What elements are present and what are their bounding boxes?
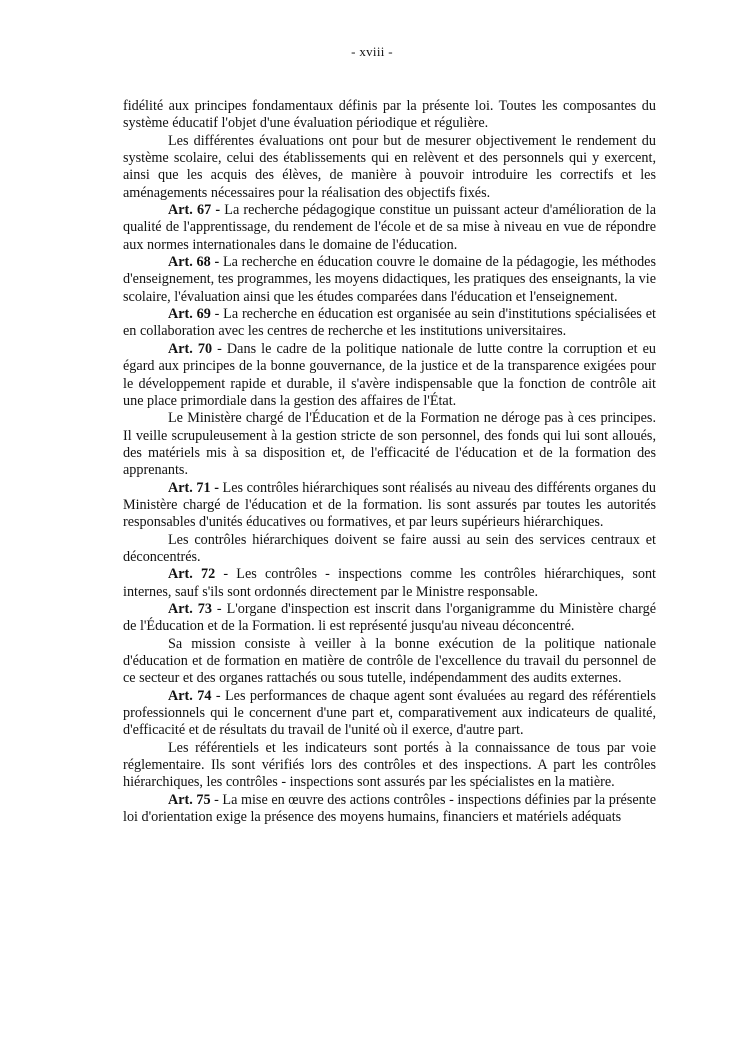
- article-68: Art. 68 - La recherche en éducation couv…: [123, 254, 656, 306]
- article-label: Art. 70: [168, 341, 212, 357]
- paragraph-evaluations: Les différentes évaluations ont pour but…: [123, 133, 656, 202]
- article-73: Art. 73 - L'organe d'inspection est insc…: [123, 601, 656, 636]
- paragraph-controles-hierarchiques: Les contrôles hiérarchiques doivent se f…: [123, 532, 656, 567]
- article-75: Art. 75 - La mise en œuvre des actions c…: [123, 792, 656, 827]
- document-body: fidélité aux principes fondamentaux défi…: [123, 98, 656, 826]
- paragraph-mission: Sa mission consiste à veiller à la bonne…: [123, 636, 656, 688]
- article-label: Art. 71 -: [168, 480, 219, 496]
- article-74: Art. 74 - Les performances de chaque age…: [123, 688, 656, 740]
- article-label: Art. 67 -: [168, 202, 220, 218]
- article-70: Art. 70 - Dans le cadre de la politique …: [123, 341, 656, 410]
- article-label: Art. 68 -: [168, 254, 219, 270]
- article-72: Art. 72 - Les contrôles - inspections co…: [123, 566, 656, 601]
- paragraph-text: Les référentiels et les indicateurs sont…: [123, 740, 656, 791]
- paragraph-text: fidélité aux principes fondamentaux défi…: [123, 98, 656, 131]
- paragraph-continuation: fidélité aux principes fondamentaux défi…: [123, 98, 656, 133]
- article-69: Art. 69 - La recherche en éducation est …: [123, 306, 656, 341]
- paragraph-text: Le Ministère chargé de l'Éducation et de…: [123, 410, 656, 478]
- page-number: - xviii -: [0, 44, 744, 60]
- paragraph-referentiels: Les référentiels et les indicateurs sont…: [123, 740, 656, 792]
- article-label: Art. 73: [168, 601, 212, 617]
- article-label: Art. 75: [168, 792, 211, 808]
- paragraph-text: Les différentes évaluations ont pour but…: [123, 133, 656, 201]
- paragraph-text: Les contrôles hiérarchiques doivent se f…: [123, 532, 656, 565]
- article-label: Art. 74: [168, 688, 211, 704]
- article-label: Art. 72: [168, 566, 215, 582]
- article-label: Art. 69: [168, 306, 211, 322]
- paragraph-ministere: Le Ministère chargé de l'Éducation et de…: [123, 410, 656, 479]
- article-67: Art. 67 - La recherche pédagogique const…: [123, 202, 656, 254]
- article-71: Art. 71 - Les contrôles hiérarchiques so…: [123, 480, 656, 532]
- paragraph-text: Sa mission consiste à veiller à la bonne…: [123, 636, 656, 687]
